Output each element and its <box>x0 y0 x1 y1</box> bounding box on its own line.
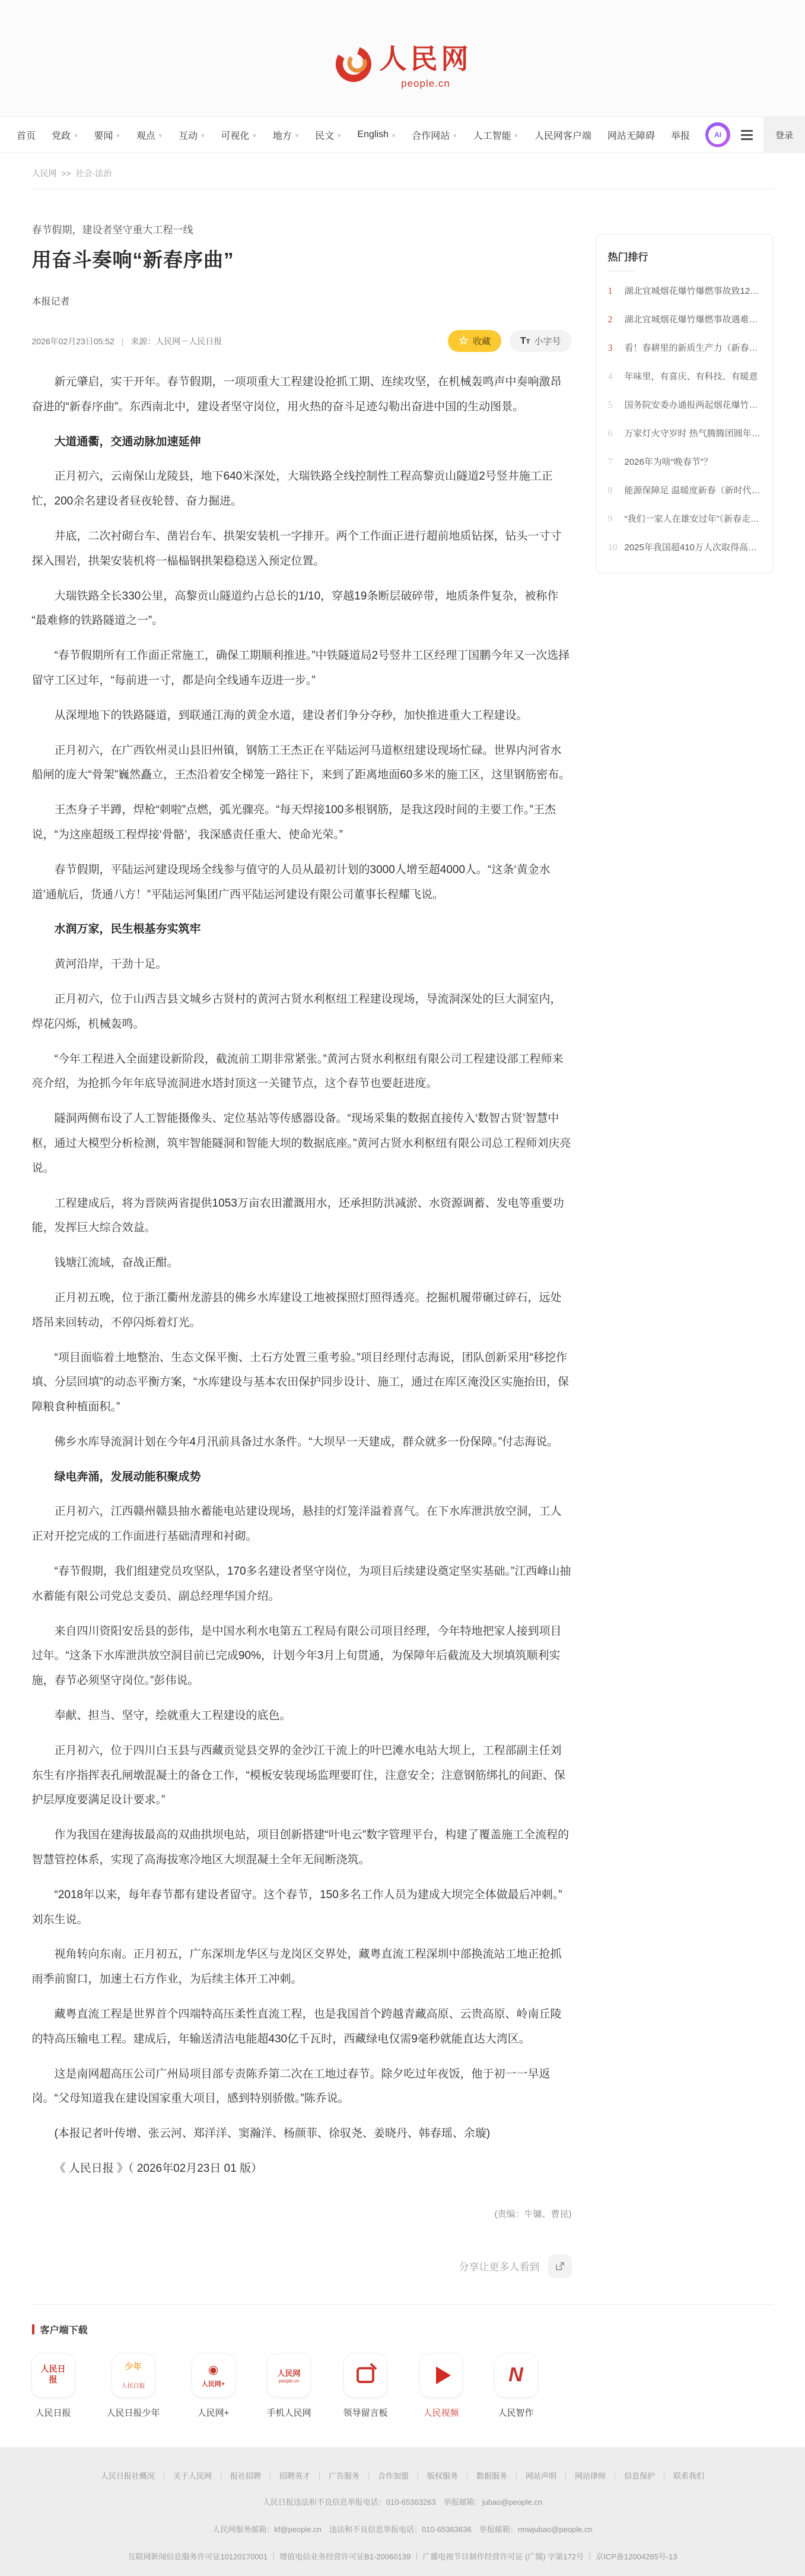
article-paragraph: 春节假期，平陆运河建设现场全线参与值守的人员从最初计划的3000人增至超4000… <box>32 858 572 908</box>
app-label: 领导留言板 <box>343 2406 388 2419</box>
section-divider <box>32 2304 774 2305</box>
article-paragraph: 《 人民日报 》（ 2026年02月23日 01 版） <box>32 2156 572 2181</box>
nav-item[interactable]: 要闻 <box>94 128 120 142</box>
article-paragraph: 这是南网超高压公司广州局项目部专责陈乔第二次在工地过春节。除夕吃过年夜饭，他于初… <box>32 2062 572 2112</box>
article-paragraph: 正月初六，位于山西吉县文城乡古贤村的黄河古贤水利枢纽工程建设现场，导流洞深处的巨… <box>32 987 572 1037</box>
article-paragraph: “春节假期，我们组建党员攻坚队，170多名建设者坚守岗位，为项目后续建设奠定坚实… <box>32 1559 572 1609</box>
app-label: 人民智作 <box>498 2406 534 2419</box>
app-label: 人民日报少年 <box>107 2406 160 2419</box>
list-item[interactable]: 2 湖北宜城烟花爆竹爆燃事故遇难者身份确… <box>608 313 761 325</box>
editor-line: (责编：牛镛、曹昆) <box>32 2207 572 2220</box>
logo-en-text: people.cn <box>380 78 472 90</box>
footer-link[interactable]: 信息保护 <box>615 2472 664 2480</box>
section-accent-bar <box>32 2324 34 2334</box>
hot-ranking-title: 热门排行 <box>608 249 761 271</box>
rank-number: 6 <box>608 429 619 439</box>
font-size-icon <box>520 337 530 346</box>
article-body: 新元肇启，实干开年。春节假期，一项项重大工程建设抢抓工期、连续攻坚，在机械轰鸣声… <box>32 370 572 2181</box>
list-item[interactable]: 10 2025年我国超410万人次取得高级… <box>608 541 761 553</box>
nav-item[interactable]: 人民网客户端 <box>534 128 591 142</box>
article-kicker: 春节假期，建设者坚守重大工程一线 <box>32 221 572 236</box>
list-item[interactable]: 7 2026年为啥“晚春节”？ <box>608 455 761 468</box>
site-header: 人民网 people.cn <box>0 0 805 116</box>
article-paragraph: 井底，二次衬砌台车、凿岩台车、拱架安装机一字排开。两个工作面正进行超前地质钻探，… <box>32 524 572 574</box>
article-paragraph: 正月初六，在广西钦州灵山县旧州镇，钢筋工王杰正在平陆运河马道枢纽建设现场忙碌。世… <box>32 738 572 788</box>
list-item[interactable]: 6 万家灯火守岁时 热气腾腾团圆年——全… <box>608 427 761 439</box>
rank-number: 1 <box>608 286 619 297</box>
hot-item-title: 2026年为啥“晚春节”？ <box>625 455 712 468</box>
article-paragraph: 黄河沿岸，干劲十足。 <box>32 952 572 977</box>
rank-number: 8 <box>608 486 619 496</box>
hot-item-title: “我们一家人在雄安过年”（新春走基… <box>625 512 761 525</box>
article-paragraph: 水润万家，民生根基夯实筑牢 <box>32 917 572 942</box>
breadcrumb: 人民网 >> 社会·法治 <box>32 167 774 179</box>
article-paragraph: 正月初六，江西赣州赣县抽水蓄能电站建设现场，悬挂的灯笼洋溢着喜气。在下水库泄洪放… <box>32 1499 572 1549</box>
favorite-label: 收藏 <box>473 335 491 347</box>
nav-item[interactable]: 地方 <box>273 128 299 142</box>
meta-separator: | <box>122 337 124 346</box>
rank-number: 9 <box>608 514 619 525</box>
article-paragraph: “春节假期所有工作面正常施工，确保工期顺利推进。”中铁隧道局2号竖井工区经理丁国… <box>32 643 572 693</box>
app-download-item[interactable]: 人民视频 <box>420 2354 463 2419</box>
footer-link[interactable]: 合作加盟 <box>369 2472 418 2480</box>
app-download-item[interactable]: 人民智作 <box>495 2354 537 2419</box>
article-meta: 2026年02月23日05:52 | 来源：人民网－人民日报 <box>32 335 222 347</box>
favorite-button[interactable]: 收藏 <box>448 330 501 352</box>
article-paragraph: 藏粤直流工程是世界首个四端特高压柔性直流工程，也是我国首个跨越青藏高原、云贵高原… <box>32 2002 572 2052</box>
article-paragraph: 作为我国在建海拔最高的双曲拱坝电站，项目创新搭建“叶电云”数字管理平台，构建了覆… <box>32 1823 572 1873</box>
list-item[interactable]: 4 年味里，有喜庆、有科技、有暖意 <box>608 370 761 382</box>
article-source[interactable]: 来源：人民网－人民日报 <box>131 337 222 346</box>
nav-item[interactable]: 观点 <box>136 128 163 142</box>
hot-item-title: 看！春耕里的新质生产力（新春走基层… <box>625 341 761 354</box>
app-download-item[interactable]: 人民网+ <box>192 2354 235 2419</box>
article-paragraph: 正月初六，云南保山龙陵县，地下640米深处，大瑞铁路全线控制性工程高黎贡山隧道2… <box>32 464 572 514</box>
site-logo[interactable]: 人民网 people.cn <box>333 37 472 90</box>
nav-item[interactable]: English <box>357 129 396 140</box>
breadcrumb-separator: >> <box>61 169 71 178</box>
app-label: 人民视频 <box>424 2406 459 2419</box>
article-paragraph: 正月初五晚，位于浙江衢州龙游县的佛乡水库建设工地被探照灯照得透亮。挖掘机履带碾过… <box>32 1286 572 1335</box>
app-glyph-icon <box>41 2365 66 2386</box>
hot-item-title: 2025年我国超410万人次取得高级… <box>625 541 761 553</box>
app-icons-row: 人民日报 人民日报少年 人民网+ <box>32 2354 774 2419</box>
article-paragraph: 隧洞两侧布设了人工智能摄像头、定位基站等传感器设备。“现场采集的数据直接传入‘数… <box>32 1106 572 1181</box>
hot-item-title: 湖北宜城烟花爆竹爆燃事故致12人死亡 <box>625 284 761 297</box>
rank-number: 3 <box>608 343 619 354</box>
list-item[interactable]: 9 “我们一家人在雄安过年”（新春走基… <box>608 512 761 525</box>
app-glyph-icon <box>357 2367 374 2383</box>
nav-right: 登录 <box>705 116 805 153</box>
chevron-down-icon <box>249 129 256 140</box>
share-icon[interactable] <box>548 2254 572 2278</box>
footer-report-line-1: 人民日报违法和不良信息举报电话：010-65363263 举报邮箱：jubao@… <box>0 2496 805 2507</box>
breadcrumb-section-link[interactable]: 社会·法治 <box>76 169 112 178</box>
hot-item-title: 能源保障足 温暖度新春（新时代画… <box>625 484 761 496</box>
app-icon <box>344 2354 387 2397</box>
chevron-down-icon <box>334 129 341 140</box>
sidebar: 热门排行 1 湖北宜城烟花爆竹爆燃事故致12人死亡 2 湖北宜城烟花爆竹爆燃事故… <box>596 234 774 573</box>
chevron-down-icon <box>450 129 457 140</box>
article-paragraph: “2018年以来，每年春节都有建设者留守。这个春节，150多名工作人员为建成大坝… <box>32 1883 572 1933</box>
nav-items: 首页 党政 要闻 观点 互动 可视化 地方 民文 English 合作网站 人工… <box>17 128 699 142</box>
hot-ranking-card: 热门排行 1 湖北宜城烟花爆竹爆燃事故致12人死亡 2 湖北宜城烟花爆竹爆燃事故… <box>596 234 774 573</box>
rank-number: 10 <box>608 543 619 553</box>
menu-icon[interactable] <box>741 130 753 140</box>
people-cn-logo-icon <box>333 38 371 89</box>
nav-item[interactable]: 党政 <box>52 128 78 142</box>
footer-link[interactable]: 网站声明 <box>517 2472 566 2480</box>
footer-link[interactable]: 报社招聘 <box>221 2472 271 2480</box>
app-download-item[interactable]: 手机人民网 <box>267 2354 311 2419</box>
nav-item[interactable]: 合作网站 <box>412 128 457 142</box>
article-paragraph: (本报记者叶传增、张云河、郑洋洋、窦瀚洋、杨颜菲、徐驭尧、姜晓丹、韩春瑶、余璇) <box>32 2121 572 2146</box>
article-paragraph: 绿电奔涌，发展动能积聚成势 <box>32 1465 572 1490</box>
page-title: 用奋斗奏响“新春序曲” <box>32 245 572 272</box>
article-author: 本报记者 <box>32 294 572 307</box>
star-icon <box>459 334 469 348</box>
article-paragraph: 王杰身子半蹲，焊枪“刺啦”点燃，弧光骤亮。“每天焊接100多根钢筋，是我这段时间… <box>32 798 572 848</box>
nav-item[interactable]: 互动 <box>179 128 205 142</box>
chevron-down-icon <box>155 129 163 140</box>
footer-report-line-2: 人民网服务邮箱：kf@people.cn 违法和不良信息举报电话：010-653… <box>0 2523 805 2534</box>
article-paragraph: 工程建成后，将为晋陕两省提供1053万亩农田灌溉用水，还承担防洪减淤、水资源调蓄… <box>32 1191 572 1241</box>
chevron-down-icon <box>292 129 299 140</box>
rank-number: 7 <box>608 457 619 468</box>
article-date: 2026年02月23日05:52 <box>32 337 114 346</box>
footer-link[interactable]: 网站律师 <box>566 2472 615 2480</box>
footer-link[interactable]: 广告服务 <box>320 2472 369 2480</box>
share-row: 分享让更多人看到 <box>32 2254 572 2278</box>
main-nav: 首页 党政 要闻 观点 互动 可视化 地方 民文 English 合作网站 人工… <box>0 116 805 153</box>
footer-link[interactable]: 数据服务 <box>467 2472 517 2480</box>
footer-link[interactable]: 联系我们 <box>664 2472 713 2480</box>
app-download-item[interactable]: 人民日报少年 <box>107 2354 160 2419</box>
nav-item[interactable]: 民文 <box>315 128 341 142</box>
app-glyph-icon <box>508 2364 523 2387</box>
chevron-down-icon <box>198 129 205 140</box>
rank-number: 2 <box>608 315 619 325</box>
footer-link[interactable]: 关于人民网 <box>164 2472 221 2480</box>
rank-number: 5 <box>608 400 619 411</box>
nav-item[interactable]: 人工智能 <box>473 128 518 142</box>
article: 春节假期，建设者坚守重大工程一线 用奋斗奏响“新春序曲” 本报记者 2026年0… <box>32 189 572 2278</box>
list-item[interactable]: 3 看！春耕里的新质生产力（新春走基层… <box>608 341 761 354</box>
list-item[interactable]: 5 国务院安委办通报两起烟花爆竹爆燃事故… <box>608 398 761 411</box>
chevron-down-icon <box>71 129 78 140</box>
breadcrumb-site-link[interactable]: 人民网 <box>32 169 57 178</box>
footer-link[interactable]: 版权服务 <box>418 2472 467 2480</box>
app-download-item[interactable]: 领导留言板 <box>343 2354 388 2419</box>
hot-item-title: 国务院安委办通报两起烟花爆竹爆燃事故… <box>625 398 761 411</box>
app-icon <box>32 2354 75 2397</box>
article-paragraph: 佛乡水库导流洞计划在今年4月汛前具备过水条件。“大坝早一天建成，群众就多一份保障… <box>32 1430 572 1455</box>
article-meta-row: 2026年02月23日05:52 | 来源：人民网－人民日报 收藏 小字号 <box>32 330 572 352</box>
hot-item-title: 年味里，有喜庆、有科技、有暖意 <box>625 370 758 382</box>
nav-item[interactable]: 可视化 <box>221 128 256 142</box>
article-paragraph: 钱塘江流域，奋战正酣。 <box>32 1251 572 1276</box>
chevron-down-icon <box>113 129 120 140</box>
font-size-label: 小字号 <box>534 335 561 347</box>
app-label: 人民日报 <box>35 2406 71 2419</box>
chevron-down-icon <box>389 129 396 140</box>
article-paragraph: 大道通衢，交通动脉加速延伸 <box>32 430 572 455</box>
article-paragraph: 新元肇启，实干开年。春节假期，一项项重大工程建设抢抓工期、连续攻坚，在机械轰鸣声… <box>32 370 572 420</box>
footer-license-line: 互联网新闻信息服务许可证10120170001 ｜ 增值电信业务经营许可证B1-… <box>0 2550 805 2562</box>
list-item[interactable]: 1 湖北宜城烟花爆竹爆燃事故致12人死亡 <box>608 284 761 297</box>
app-label: 手机人民网 <box>267 2406 311 2419</box>
nav-item[interactable]: 首页 <box>17 128 36 142</box>
app-label: 人民网+ <box>198 2406 230 2419</box>
footer-link[interactable]: 人民日报社概况 <box>92 2472 164 2480</box>
article-paragraph: “项目面临着土地整治、生态文保平衡、土石方处置三重考验。”项目经理付志海说，团队… <box>32 1346 572 1420</box>
app-icon <box>495 2354 537 2397</box>
app-download-item[interactable]: 人民日报 <box>32 2354 75 2419</box>
nav-item[interactable]: 举报 <box>671 128 690 142</box>
app-glyph-icon <box>278 2367 301 2384</box>
meta-buttons: 收藏 小字号 <box>448 330 572 352</box>
app-icon <box>192 2354 235 2397</box>
page-footer: 人民日报社概况 关于人民网 报社招聘 招聘英才 广告服务 合作加盟 版权服务 数… <box>0 2447 805 2576</box>
font-size-button[interactable]: 小字号 <box>510 330 572 352</box>
hot-item-title: 万家灯火守岁时 热气腾腾团圆年——全… <box>625 427 761 439</box>
list-item[interactable]: 8 能源保障足 温暖度新春（新时代画… <box>608 484 761 496</box>
app-section-header: 客户端下载 <box>32 2323 774 2336</box>
app-glyph-icon <box>202 2362 225 2388</box>
article-paragraph: 奉献、担当、坚守，绘就重大工程建设的底色。 <box>32 1703 572 1728</box>
app-icon <box>420 2354 463 2397</box>
article-paragraph: 正月初六，位于四川白玉县与西藏贡觉县交界的金沙江干流上的叶巴滩水电站大坝上，工程… <box>32 1739 572 1813</box>
hot-ranking-list: 1 湖北宜城烟花爆竹爆燃事故致12人死亡 2 湖北宜城烟花爆竹爆燃事故遇难者身份… <box>608 284 761 553</box>
footer-link[interactable]: 招聘英才 <box>271 2472 320 2480</box>
nav-item[interactable]: 网站无障碍 <box>607 128 655 142</box>
chevron-down-icon <box>511 129 518 140</box>
ai-assistant-icon[interactable] <box>705 122 730 147</box>
article-paragraph: 视角转向东南。正月初五，广东深圳龙华区与龙岗区交界处，藏粤直流工程深圳中部换流站… <box>32 1942 572 1992</box>
login-button[interactable]: 登录 <box>763 116 805 153</box>
app-glyph-icon <box>436 2366 451 2384</box>
article-paragraph: “今年工程进入全面建设新阶段，截流前工期非常紧张。”黄河古贤水利枢纽有限公司工程… <box>32 1047 572 1097</box>
hot-item-title: 湖北宜城烟花爆竹爆燃事故遇难者身份确… <box>625 313 761 325</box>
app-download-section: 客户端下载 人民日报 人民日报少年 <box>32 2323 774 2419</box>
article-paragraph: 来自四川资阳安岳县的彭伟，是中国水利水电第五工程局有限公司项目经理，今年特地把家… <box>32 1619 572 1693</box>
article-paragraph: 从深埋地下的铁路隧道，到联通江海的黄金水道，建设者们争分夺秒，加快推进重大工程建… <box>32 703 572 728</box>
share-label: 分享让更多人看到 <box>459 2258 540 2273</box>
footer-links: 人民日报社概况 关于人民网 报社招聘 招聘英才 广告服务 合作加盟 版权服务 数… <box>0 2472 805 2480</box>
app-icon <box>268 2354 310 2397</box>
article-paragraph: 大瑞铁路全长330公里，高黎贡山隧道约占总长的1/10，穿越19条断层破碎带，地… <box>32 584 572 634</box>
app-glyph-icon <box>122 2361 145 2390</box>
app-icon <box>112 2354 155 2397</box>
logo-cn-text: 人民网 <box>380 37 472 77</box>
rank-number: 4 <box>608 372 619 382</box>
app-section-title: 客户端下载 <box>40 2323 88 2336</box>
